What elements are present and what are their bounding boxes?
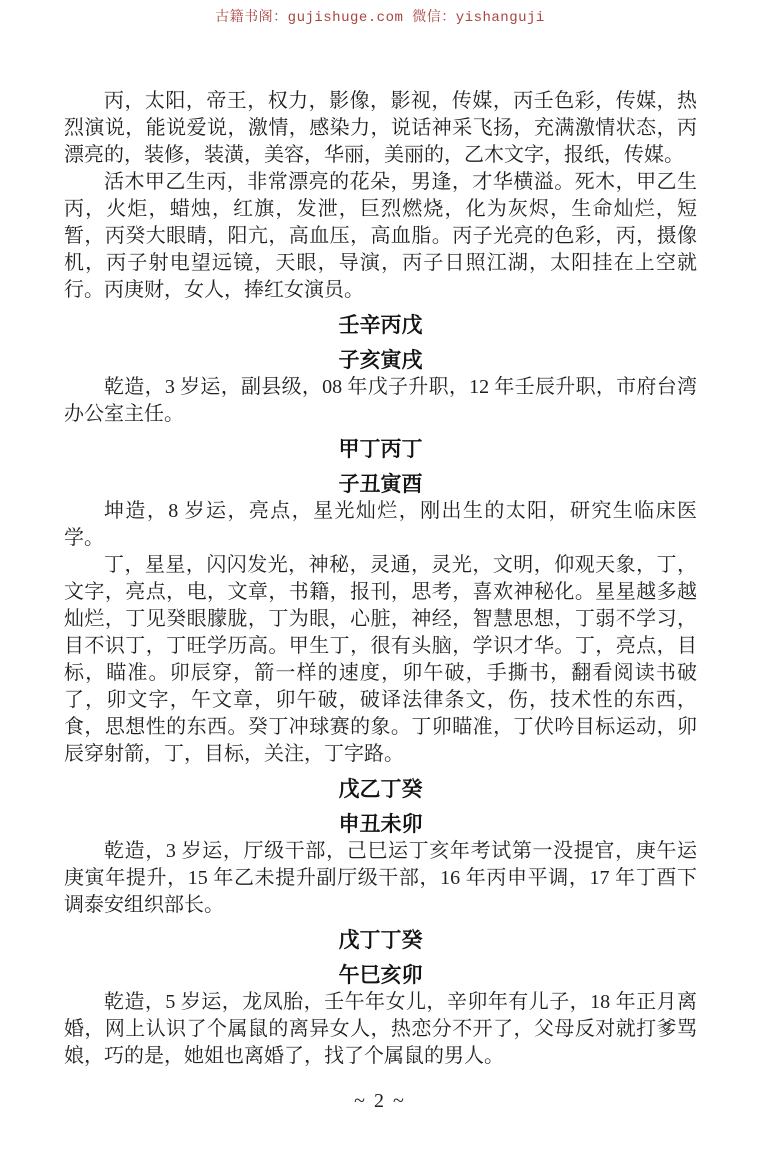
paragraph-case-department-cadre: 乾造，3 岁运，厅级干部，己巳运丁亥年考试第一没提官，庚午运庚寅年提升，15 年… — [64, 838, 697, 919]
heading-branches-wu-si-hai-mao: 午巳亥卯 — [64, 962, 697, 989]
heading-branches-zi-hai-yin-xu: 子亥寅戌 — [64, 347, 697, 374]
heading-branches-shen-chou-wei-mao: 申丑未卯 — [64, 811, 697, 838]
paragraph-case-county-official: 乾造，3 岁运，副县级，08 年戊子升职，12 年壬辰升职，市府台湾办公室主任。 — [64, 374, 697, 428]
paragraph-ding-imagery: 丁，星星，闪闪发光，神秘，灵通，灵光，文明，仰观天象，丁，文字，亮点，电，文章，… — [64, 552, 697, 768]
heading-stems-jia-ding-bing-ding: 甲丁丙丁 — [64, 436, 697, 463]
heading-stems-wu-yi-ding-gui: 戊乙丁癸 — [64, 776, 697, 803]
document-body: 丙，太阳，帝王，权力，影像，影视，传媒，丙壬色彩，传媒，热烈演说，能说爱说，激情… — [64, 88, 697, 1070]
paragraph-bing-imagery: 丙，太阳，帝王，权力，影像，影视，传媒，丙壬色彩，传媒，热烈演说，能说爱说，激情… — [64, 88, 697, 169]
heading-stems-wu-ding-ding-gui: 戊丁丁癸 — [64, 927, 697, 954]
site-watermark-text: 古籍书阁：gujishuge.com 微信：yishanguji — [0, 6, 760, 26]
paragraph-bing-wood-fire: 活木甲乙生丙，非常漂亮的花朵，男逢，才华横溢。死木，甲乙生丙，火炬，蜡烛，红旗，… — [64, 169, 697, 304]
heading-branches-zi-chou-yin-you: 子丑寅酉 — [64, 471, 697, 498]
paragraph-case-medical-student: 坤造，8 岁运，亮点，星光灿烂，刚出生的太阳，研究生临床医学。 — [64, 498, 697, 552]
heading-stems-ren-xin-bing-wu: 壬辛丙戊 — [64, 312, 697, 339]
document-page: 古籍书阁：gujishuge.com 微信：yishanguji 丙，太阳，帝王… — [0, 0, 760, 1153]
paragraph-case-twins-divorce: 乾造，5 岁运，龙凤胎，壬午年女儿，辛卯年有儿子，18 年正月离婚，网上认识了个… — [64, 989, 697, 1070]
page-number: ~ 2 ~ — [0, 1090, 760, 1113]
